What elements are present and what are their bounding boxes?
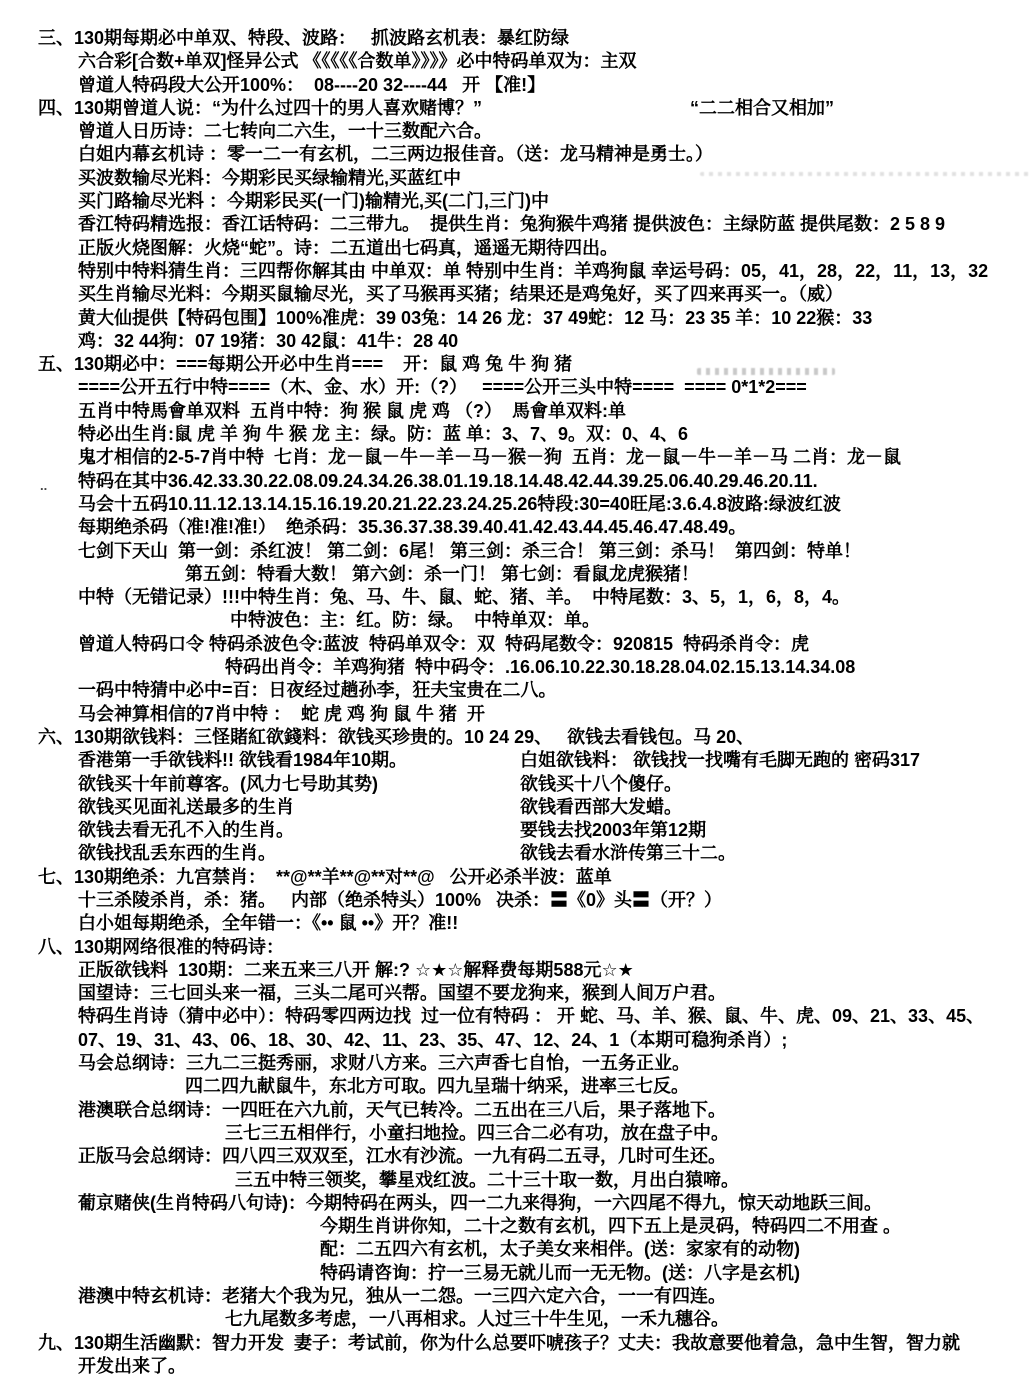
line-text: 正版马会总纲诗：四八四三双双至，江水有沙流。一九有码二五寻，几时可生还。 bbox=[0, 1145, 726, 1168]
line-text: 香江特码精选报：香江话特码：二三带九。 提供生肖：兔狗猴牛鸡猪 提供波色：主绿防… bbox=[0, 213, 945, 236]
line-text: 第五剑：特看大数！ 第六剑：杀一门！ 第七剑：看鼠龙虎猴猪！ bbox=[0, 563, 699, 586]
text-line: 每期绝杀码（准!准!准!） 绝杀码：35.36.37.38.39.40.41.4… bbox=[0, 516, 1036, 539]
line-text: ====公开五行中特====（木、金、水）开:（?） ====公开三头中特===… bbox=[0, 376, 807, 399]
line-text: 三五中特三领奖，攀星戏红波。二十三十取一数，月出白猿啼。 bbox=[0, 1169, 739, 1192]
line-text: 葡京赌侠(生肖特码八句诗)：今期特码在两头，四一二九来得狗，一六四尾不得九，惊天… bbox=[0, 1192, 882, 1215]
text-line: 开发出来了。 bbox=[0, 1355, 1036, 1378]
line-text: 七剑下天山 第一剑：杀红波！ 第二剑：6尾！ 第三剑：杀三合！ 第三剑：杀马！ … bbox=[0, 540, 861, 563]
text-line: 特码在其中36.42.33.30.22.08.09.24.34.26.38.01… bbox=[0, 470, 1036, 493]
line-text: 国望诗：三七回头来一福，三头二尾可兴帮。国望不要龙狗来，猴到人间万户君。 bbox=[0, 982, 726, 1005]
line-text: 正版火烧图解：火烧“蛇”。诗：二五道出七码真，遥遥无期待四出。 bbox=[0, 237, 618, 260]
line-text: 正版欲钱料 130期：二来五来三八开 解:? ☆★☆解释费每期588元☆★ bbox=[0, 959, 634, 982]
text-line: 欲钱买十年前尊客。(风力七号助其势)欲钱买十八个傻仔。 bbox=[0, 773, 1036, 796]
line-text: 三七三五相伴行，小童扫地捡。四三合二必有功，放在盘子中。 bbox=[0, 1122, 729, 1145]
line-text: 九、130期生活幽默：智力开发 妻子：考试前，你为什么总要吓唬孩子？丈夫：我故意… bbox=[0, 1332, 960, 1355]
text-line: 曾道人日历诗：二七转向二六生，一十三数配六合。 bbox=[0, 120, 1036, 143]
line-text: 鬼才相信的2-5-7肖中特 七肖：龙－鼠－牛－羊－马－猴－狗 五肖：龙－鼠－牛－… bbox=[0, 446, 901, 469]
text-line: 一码中特猜中必中=百：日夜经过趟孙李，狂夫宝贵在二八。 bbox=[0, 679, 1036, 702]
line-text: 07、19、31、43、06、18、30、42、11、23、35、47、12、2… bbox=[0, 1029, 787, 1052]
line-text: 开发出来了。 bbox=[0, 1355, 186, 1378]
margin-dots-artifact: .. bbox=[40, 478, 47, 493]
line-text: 买生肖输尽光料：今期买鼠输尽光，买了马猴再买猪；结果还是鸡兔好，买了四来再买一。… bbox=[0, 283, 843, 306]
line-text: 四、130期曾道人说：“为什么过四十的男人喜欢赌博？” bbox=[0, 97, 482, 120]
line-text-right: “二二相合又相加” bbox=[690, 97, 834, 120]
line-text: 鸡：32 44狗：07 19猪：30 42鼠：41牛：28 40 bbox=[0, 330, 458, 353]
text-line: 中特（无错记录）!!!中特生肖：兔、马、牛、鼠、蛇、猪、羊。 中特尾数：3、5，… bbox=[0, 586, 1036, 609]
line-text: 五、130期必中：===每期公开必中生肖=== 开：鼠 鸡 兔 牛 狗 猪 bbox=[0, 353, 572, 376]
text-line: 六合彩[合数+单双]怪异公式 《《《《《合数单》》》》必中特码单双为：主双 bbox=[0, 50, 1036, 73]
text-line: 三、130期每期必中单双、特段、波路： 抓波路玄机表：暴红防绿 bbox=[0, 27, 1036, 50]
text-line: 港澳中特玄机诗：老猪大个我为兄，独从一二怨。一三四六定六合，一一有四连。 bbox=[0, 1285, 1036, 1308]
line-text: 特码出肖令：羊鸡狗猪 特中码令：.16.06.10.22.30.18.28.04… bbox=[0, 656, 855, 679]
line-text: 六合彩[合数+单双]怪异公式 《《《《《合数单》》》》必中特码单双为：主双 bbox=[0, 50, 637, 73]
line-text: 八、130期网络很准的特码诗： bbox=[0, 936, 284, 959]
text-lines-container: 三、130期每期必中单双、特段、波路： 抓波路玄机表：暴红防绿六合彩[合数+单双… bbox=[0, 27, 1036, 1378]
line-text: 欲钱去看无孔不入的生肖。 bbox=[0, 819, 294, 842]
line-text: 白姐内幕玄机诗 ：零一二一有玄机，二三两边报佳音。（送：龙马精神是勇士。） bbox=[0, 143, 713, 166]
line-text: 香港第一手欲钱料!! 欲钱看1984年10期。 bbox=[0, 749, 407, 772]
line-text: 特码请咨询：拧一三易无就儿而一无无物。(送：八字是玄机) bbox=[0, 1262, 800, 1285]
text-line: 特码生肖诗（猜中必中）：特码零四两边找 过一位有特码 ： 开 蛇、马、羊、猴、鼠… bbox=[0, 1005, 1036, 1028]
text-line: 葡京赌侠(生肖特码八句诗)：今期特码在两头，四一二九来得狗，一六四尾不得九，惊天… bbox=[0, 1192, 1036, 1215]
text-line: 七九尾数多考虑，一八再相求。人过三十牛生见，一禾九穗谷。 bbox=[0, 1308, 1036, 1331]
line-text: 买波数输尽光料：今期彩民买绿输精光,买蓝红中 bbox=[0, 167, 461, 190]
text-line: 买生肖输尽光料：今期买鼠输尽光，买了马猴再买猪；结果还是鸡兔好，买了四来再买一。… bbox=[0, 283, 1036, 306]
line-text-right: 要钱去找2003年第12期 bbox=[520, 819, 706, 842]
text-line: 今期生肖讲你知，二十之数有玄机，四下五上是灵码，特码四二不用查 。 bbox=[0, 1215, 1036, 1238]
text-line: 港澳联合总纲诗：一四旺在六九前，天气已转冷。二五出在三八后，果子落地下。 bbox=[0, 1099, 1036, 1122]
line-text: 六、130期欲钱料：三怪賭紅欲錢料：欲钱买珍贵的。10 24 29、 欲钱去看钱… bbox=[0, 726, 754, 749]
line-text: 欲钱买见面礼送最多的生肖 bbox=[0, 796, 294, 819]
text-line: 七、130期绝杀：九宫禁肖： **@**羊**@**对**@ 公开必杀半波：蓝单 bbox=[0, 866, 1036, 889]
line-text: 白小姐每期绝杀，全年错一：《•• 鼠 ••》开？准!! bbox=[0, 912, 458, 935]
line-text: 四二四九献鼠牛，东北方可取。四九呈瑞十纳采，进率三七反。 bbox=[0, 1075, 689, 1098]
line-text: 中特（无错记录）!!!中特生肖：兔、马、牛、鼠、蛇、猪、羊。 中特尾数：3、5，… bbox=[0, 586, 850, 609]
line-text: 特码生肖诗（猜中必中）：特码零四两边找 过一位有特码 ： 开 蛇、马、羊、猴、鼠… bbox=[0, 1005, 984, 1028]
text-line: 特别中特料猜生肖：三四帮你解其由 中单双：单 特别中生肖：羊鸡狗鼠 幸运号码：0… bbox=[0, 260, 1036, 283]
text-line: 白姐内幕玄机诗 ：零一二一有玄机，二三两边报佳音。（送：龙马精神是勇士。） bbox=[0, 143, 1036, 166]
text-line: 三七三五相伴行，小童扫地捡。四三合二必有功，放在盘子中。 bbox=[0, 1122, 1036, 1145]
scan-smudge-artifact bbox=[697, 368, 835, 375]
text-line: 鸡：32 44狗：07 19猪：30 42鼠：41牛：28 40 bbox=[0, 330, 1036, 353]
text-line: 特码出肖令：羊鸡狗猪 特中码令：.16.06.10.22.30.18.28.04… bbox=[0, 656, 1036, 679]
text-line: 四二四九献鼠牛，东北方可取。四九呈瑞十纳采，进率三七反。 bbox=[0, 1075, 1036, 1098]
line-text: 港澳联合总纲诗：一四旺在六九前，天气已转冷。二五出在三八后，果子落地下。 bbox=[0, 1099, 726, 1122]
line-text: 买门路输尽光料 ：今期彩民买(一门)输精光,买(二门,三门)中 bbox=[0, 190, 549, 213]
line-text-right: 欲钱看西部大发蜡。 bbox=[520, 796, 682, 819]
text-line: 五、130期必中：===每期公开必中生肖=== 开：鼠 鸡 兔 牛 狗 猪 bbox=[0, 353, 1036, 376]
line-text: 曾道人特码口令 特码杀波色令:蓝波 特码单双令：双 特码尾数令：920815 特… bbox=[0, 633, 809, 656]
text-line: 曾道人特码段大公开100%： 08----20 32----44 开 【准!】 bbox=[0, 74, 1036, 97]
text-line: 特必出生肖:鼠 虎 羊 狗 牛 猴 龙 主：绿。防：蓝 单：3、7、9。双：0、… bbox=[0, 423, 1036, 446]
text-line: 欲钱找乱丢东西的生肖。欲钱去看水浒传第三十二。 bbox=[0, 842, 1036, 865]
line-text: 欲钱找乱丢东西的生肖。 bbox=[0, 842, 276, 865]
text-line: 国望诗：三七回头来一福，三头二尾可兴帮。国望不要龙狗来，猴到人间万户君。 bbox=[0, 982, 1036, 1005]
text-line: 买门路输尽光料 ：今期彩民买(一门)输精光,买(二门,三门)中 bbox=[0, 190, 1036, 213]
text-line: 欲钱买见面礼送最多的生肖欲钱看西部大发蜡。 bbox=[0, 796, 1036, 819]
line-text: 马会神算相信的7肖中特 ： 蛇 虎 鸡 狗 鼠 牛 猪 开 bbox=[0, 703, 485, 726]
line-text: 七九尾数多考虑，一八再相求。人过三十牛生见，一禾九穗谷。 bbox=[0, 1308, 729, 1331]
text-line: 配：二五四六有玄机，太子美女来相伴。(送：家家有的动物) bbox=[0, 1238, 1036, 1261]
text-line: 九、130期生活幽默：智力开发 妻子：考试前，你为什么总要吓唬孩子？丈夫：我故意… bbox=[0, 1332, 1036, 1355]
line-text: 黄大仙提供【特码包围】100%准虎：39 03兔：14 26 龙：37 49蛇：… bbox=[0, 307, 872, 330]
text-line: 三五中特三领奖，攀星戏红波。二十三十取一数，月出白猿啼。 bbox=[0, 1169, 1036, 1192]
line-text: 特必出生肖:鼠 虎 羊 狗 牛 猴 龙 主：绿。防：蓝 单：3、7、9。双：0、… bbox=[0, 423, 688, 446]
text-line: 特码请咨询：拧一三易无就儿而一无无物。(送：八字是玄机) bbox=[0, 1262, 1036, 1285]
text-line: 五肖中特馬會单双料 五肖中特：狗 猴 鼠 虎 鸡 （?） 馬會单双料:单 bbox=[0, 400, 1036, 423]
line-text: 今期生肖讲你知，二十之数有玄机，四下五上是灵码，特码四二不用查 。 bbox=[0, 1215, 901, 1238]
line-text: 特别中特料猜生肖：三四帮你解其由 中单双：单 特别中生肖：羊鸡狗鼠 幸运号码：0… bbox=[0, 260, 988, 283]
document-page: 三、130期每期必中单双、特段、波路： 抓波路玄机表：暴红防绿六合彩[合数+单双… bbox=[0, 0, 1036, 1388]
line-text: 十三杀陵杀肖，杀：猪。 内部（绝杀特头）100% 决杀：〓《0》头〓（开？） bbox=[0, 889, 722, 912]
line-text: 马会总纲诗：三九二三挺秀丽，求财八方来。三六声香七自怡，一五务正业。 bbox=[0, 1052, 690, 1075]
line-text: 曾道人日历诗：二七转向二六生，一十三数配六合。 bbox=[0, 120, 492, 143]
line-text: 七、130期绝杀：九宫禁肖： **@**羊**@**对**@ 公开必杀半波：蓝单 bbox=[0, 866, 612, 889]
text-line: 香江特码精选报：香江话特码：二三带九。 提供生肖：兔狗猴牛鸡猪 提供波色：主绿防… bbox=[0, 213, 1036, 236]
text-line: ====公开五行中特====（木、金、水）开:（?） ====公开三头中特===… bbox=[0, 376, 1036, 399]
text-line: 黄大仙提供【特码包围】100%准虎：39 03兔：14 26 龙：37 49蛇：… bbox=[0, 307, 1036, 330]
text-line: 马会神算相信的7肖中特 ： 蛇 虎 鸡 狗 鼠 牛 猪 开 bbox=[0, 703, 1036, 726]
line-text: 特码在其中36.42.33.30.22.08.09.24.34.26.38.01… bbox=[0, 470, 818, 493]
text-line: 中特波色：主：红。防：绿。 中特单双：单。 bbox=[0, 609, 1036, 632]
line-text-right: 欲钱去看水浒传第三十二。 bbox=[520, 842, 736, 865]
text-line: 十三杀陵杀肖，杀：猪。 内部（绝杀特头）100% 决杀：〓《0》头〓（开？） bbox=[0, 889, 1036, 912]
text-line: 第五剑：特看大数！ 第六剑：杀一门！ 第七剑：看鼠龙虎猴猪！ bbox=[0, 563, 1036, 586]
text-line: 香港第一手欲钱料!! 欲钱看1984年10期。白姐欲钱料： 欲钱找一找嘴有毛脚无… bbox=[0, 749, 1036, 772]
line-text: 三、130期每期必中单双、特段、波路： 抓波路玄机表：暴红防绿 bbox=[0, 27, 569, 50]
line-text: 欲钱买十年前尊客。(风力七号助其势) bbox=[0, 773, 378, 796]
text-line: 07、19、31、43、06、18、30、42、11、23、35、47、12、2… bbox=[0, 1029, 1036, 1052]
text-line: 鬼才相信的2-5-7肖中特 七肖：龙－鼠－牛－羊－马－猴－狗 五肖：龙－鼠－牛－… bbox=[0, 446, 1036, 469]
line-text: 一码中特猜中必中=百：日夜经过趟孙李，狂夫宝贵在二八。 bbox=[0, 679, 557, 702]
line-text: 曾道人特码段大公开100%： 08----20 32----44 开 【准!】 bbox=[0, 74, 545, 97]
text-line: 买波数输尽光料：今期彩民买绿输精光,买蓝红中 bbox=[0, 167, 1036, 190]
text-line: 正版马会总纲诗：四八四三双双至，江水有沙流。一九有码二五寻，几时可生还。 bbox=[0, 1145, 1036, 1168]
line-text: 港澳中特玄机诗：老猪大个我为兄，独从一二怨。一三四六定六合，一一有四连。 bbox=[0, 1285, 726, 1308]
text-line: 八、130期网络很准的特码诗： bbox=[0, 936, 1036, 959]
text-line: 六、130期欲钱料：三怪賭紅欲錢料：欲钱买珍贵的。10 24 29、 欲钱去看钱… bbox=[0, 726, 1036, 749]
text-line: 马会总纲诗：三九二三挺秀丽，求财八方来。三六声香七自怡，一五务正业。 bbox=[0, 1052, 1036, 1075]
text-line: 正版火烧图解：火烧“蛇”。诗：二五道出七码真，遥遥无期待四出。 bbox=[0, 237, 1036, 260]
line-text: 马会十五码10.11.12.13.14.15.16.19.20.21.22.23… bbox=[0, 493, 841, 516]
line-text: 中特波色：主：红。防：绿。 中特单双：单。 bbox=[0, 609, 600, 632]
line-text: 配：二五四六有玄机，太子美女来相伴。(送：家家有的动物) bbox=[0, 1238, 800, 1261]
text-line: 正版欲钱料 130期：二来五来三八开 解:? ☆★☆解释费每期588元☆★ bbox=[0, 959, 1036, 982]
text-line: 曾道人特码口令 特码杀波色令:蓝波 特码单双令：双 特码尾数令：920815 特… bbox=[0, 633, 1036, 656]
text-line: 四、130期曾道人说：“为什么过四十的男人喜欢赌博？”“二二相合又相加” bbox=[0, 97, 1036, 120]
line-text-right: 白姐欲钱料： 欲钱找一找嘴有毛脚无跑的 密码317 bbox=[520, 749, 920, 772]
text-line: 欲钱去看无孔不入的生肖。要钱去找2003年第12期 bbox=[0, 819, 1036, 842]
line-text: 每期绝杀码（准!准!准!） 绝杀码：35.36.37.38.39.40.41.4… bbox=[0, 516, 746, 539]
text-line: 白小姐每期绝杀，全年错一：《•• 鼠 ••》开？准!! bbox=[0, 912, 1036, 935]
line-text-right: 欲钱买十八个傻仔。 bbox=[520, 773, 682, 796]
scan-smudge-artifact bbox=[700, 172, 1030, 176]
text-line: 马会十五码10.11.12.13.14.15.16.19.20.21.22.23… bbox=[0, 493, 1036, 516]
text-line: 七剑下天山 第一剑：杀红波！ 第二剑：6尾！ 第三剑：杀三合！ 第三剑：杀马！ … bbox=[0, 540, 1036, 563]
line-text: 五肖中特馬會单双料 五肖中特：狗 猴 鼠 虎 鸡 （?） 馬會单双料:单 bbox=[0, 400, 626, 423]
